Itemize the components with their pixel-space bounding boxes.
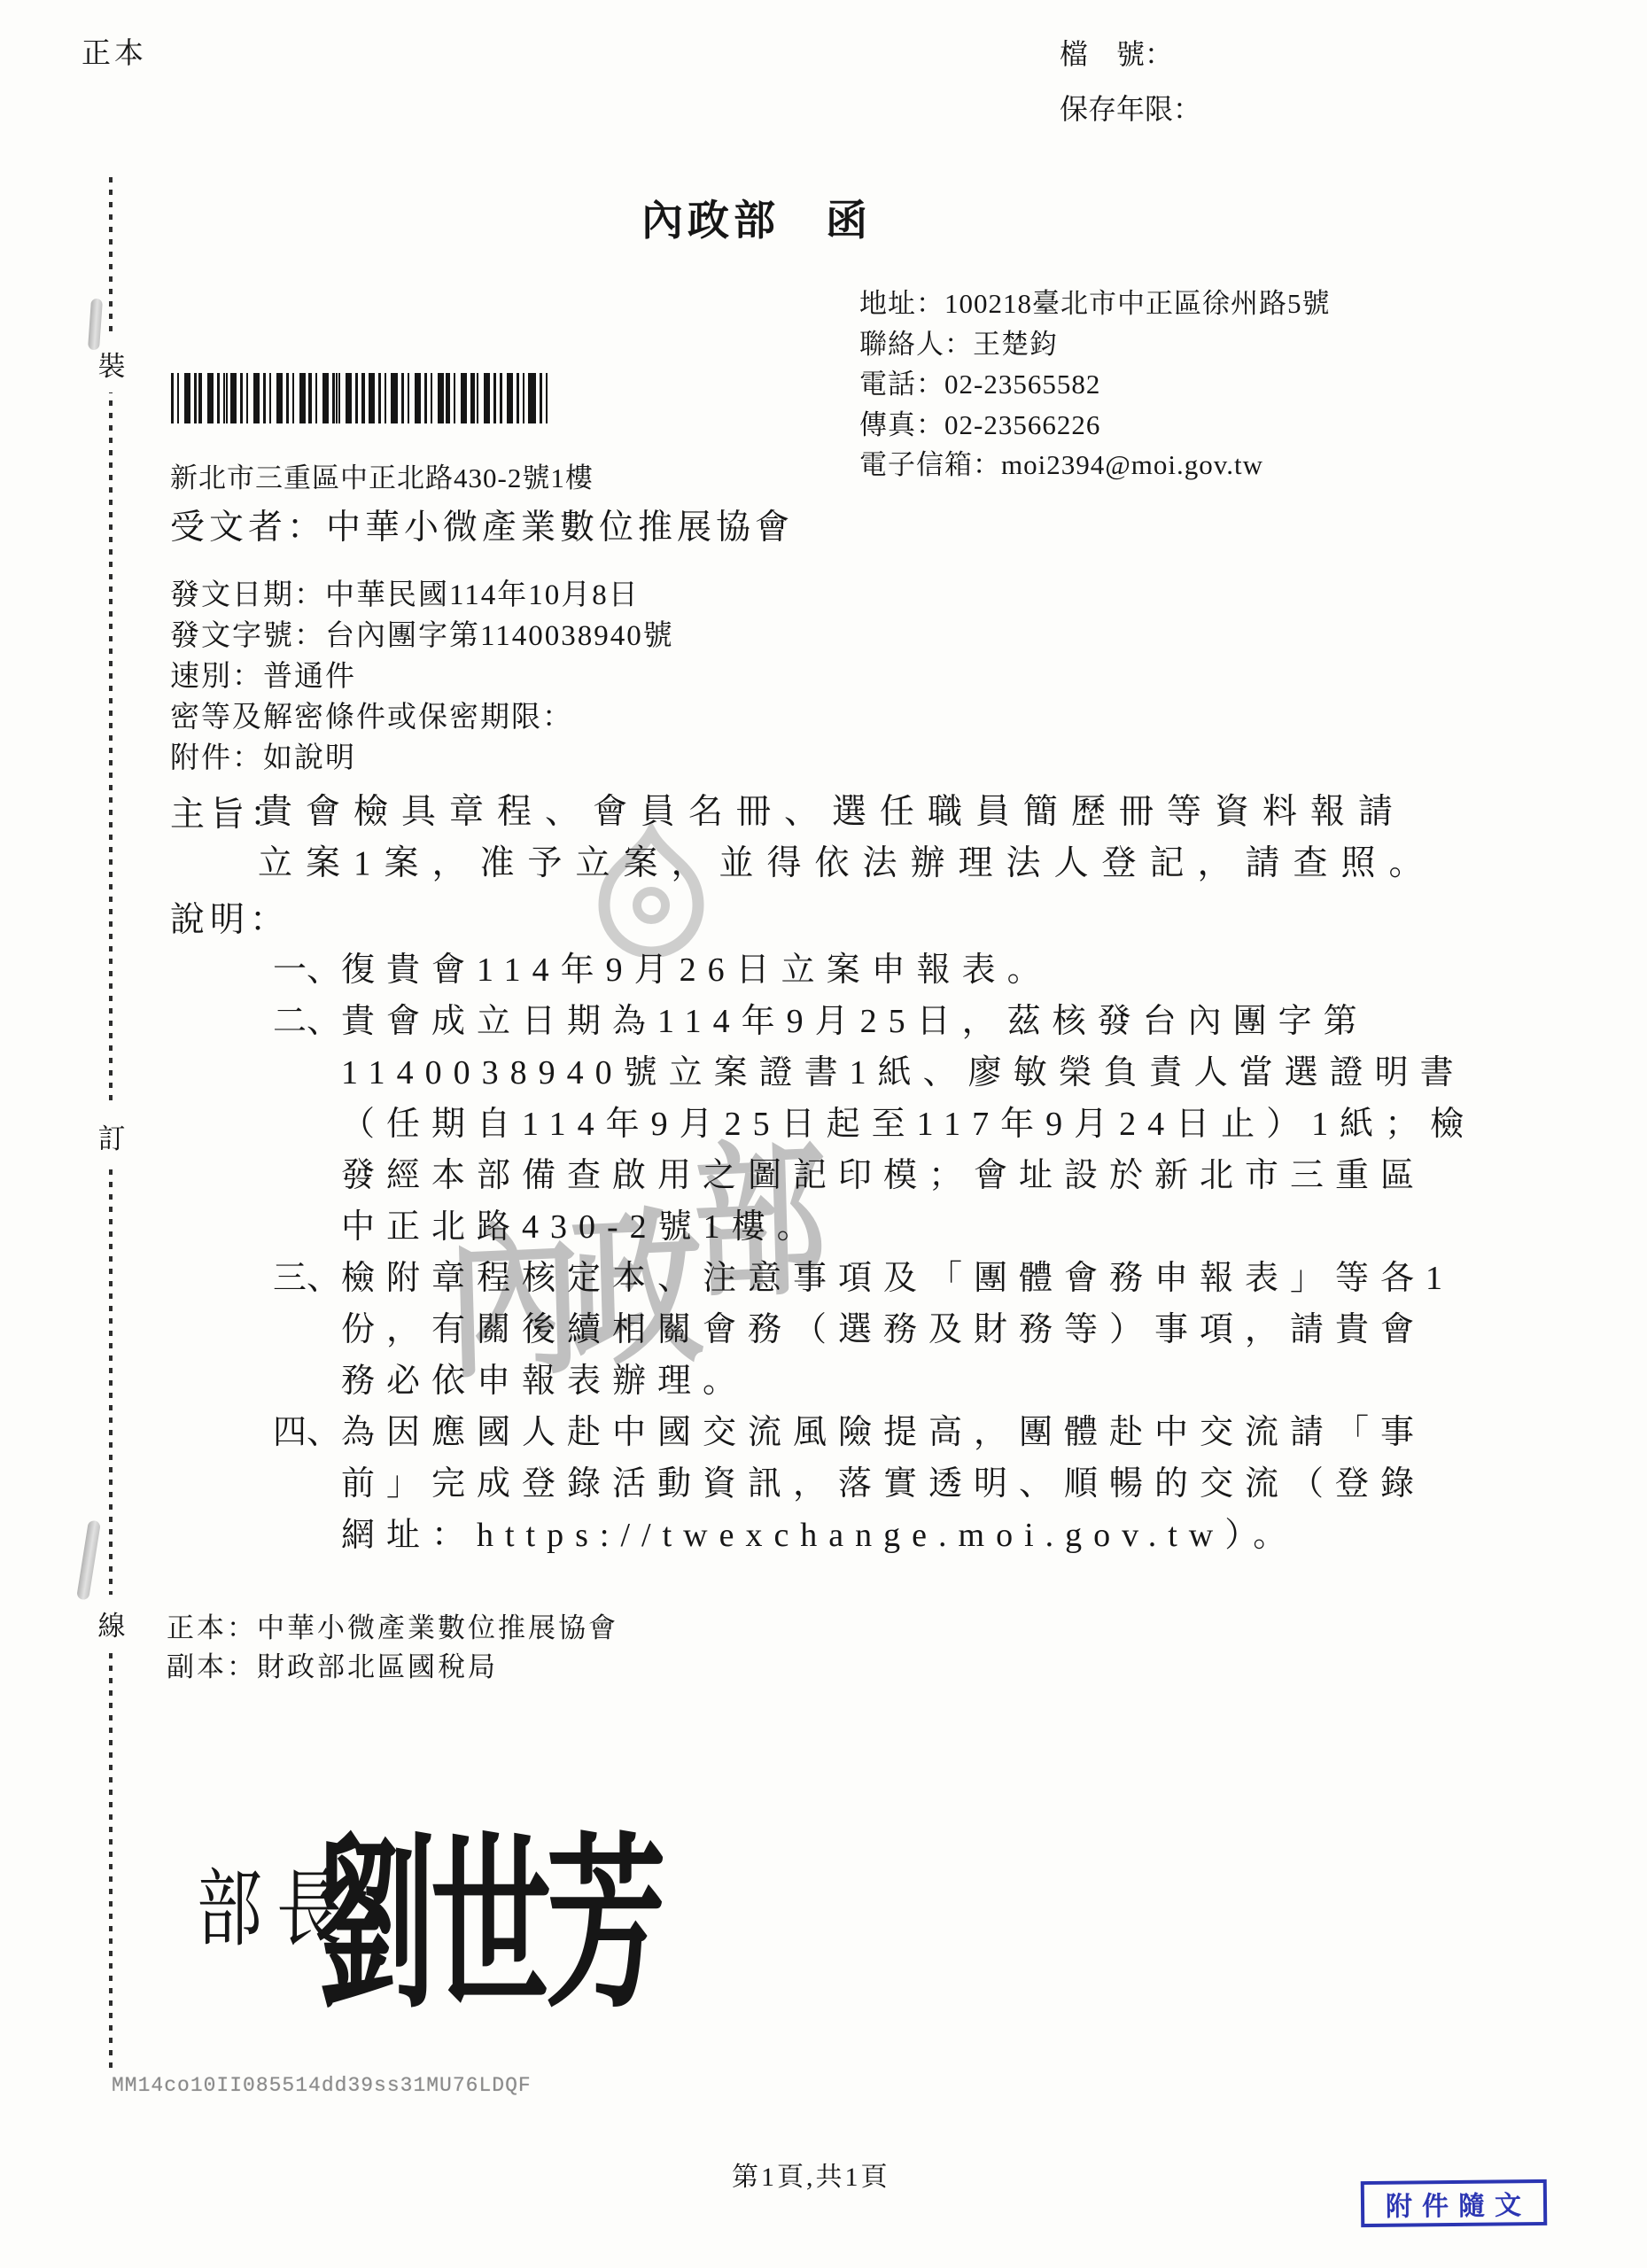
sender-address: 地址：100218臺北市中正區徐州路5號 [859,283,1331,324]
binding-mark-ding: 訂 [92,1107,131,1165]
sender-contact: 聯絡人：王楚鈞 [859,324,1331,365]
document-title: 內政部 函 [641,188,872,247]
sender-info-block: 地址：100218臺北市中正區徐州路5號 聯絡人：王楚鈞 電話：02-23565… [859,283,1331,485]
meta-speed: 速別：普通件 [170,656,674,697]
binding-mark-xian: 線 [92,1595,131,1652]
item-text: 貴會成立日期為114年9月25日，茲核發台內團字第 1140038940號立案證… [341,996,1502,1253]
sender-email: 電子信箱：moi2394@moi.gov.tw [859,445,1331,485]
item-text: 為因應國人赴中國交流風險提高，團體赴中交流請「事 前」完成登錄活動資訊，落實透明… [341,1407,1502,1561]
item-text: 檢附章程核定本、注意事項及「團體會務申報表」等各1 份，有關後續相關會務（選務及… [341,1253,1502,1407]
meta-security: 密等及解密條件或保密期限： [170,697,674,738]
recipient-address: 新北市三重區中正北路430-2號1樓 [170,455,594,495]
item-number: 二、 [273,996,340,1047]
meta-attachment: 附件：如說明 [170,738,674,779]
sender-fax: 傳真：02-23566226 [859,405,1331,446]
item-number: 一、 [273,944,340,996]
explanation-label: 說明： [170,892,290,942]
page-number: 第1頁,共1頁 [732,2155,890,2194]
scanned-official-letter: 內 政 部 裝 訂 線 正本 檔 號： 保存年限： 內政部 函 地址：10021… [0,0,1647,2268]
item-number: 三、 [273,1253,340,1304]
retention-period-label: 保存年限： [1060,87,1201,128]
document-meta-block: 發文日期：中華民國114年10月8日 發文字號：台內團字第1140038940號… [170,575,674,779]
attachment-stamp: 附件隨文 [1361,2179,1548,2227]
document-tracking-code: MM14co10II085514dd39ss31MU76LDQF [112,2074,532,2097]
sender-phone: 電話：02-23565582 [859,364,1331,405]
copy-type-label: 正本 [82,30,147,72]
meta-doc-number: 發文字號：台內團字第1140038940號 [170,616,674,656]
original-to-line: 正本：中華小微產業數位推展協會 [167,1605,618,1645]
barcode [171,373,552,423]
subject-text: 貴會檢具章程、會員名冊、選任職員簡歷冊等資料報請 立案1案，准予立案，並得依法辦… [258,787,1516,889]
item-number: 四、 [273,1407,340,1458]
meta-issue-date: 發文日期：中華民國114年10月8日 [170,575,674,616]
recipient-line: 受文者：中華小微產業數位推展協會 [170,500,794,549]
item-text: 復貴會114年9月26日立案申報表。 [341,944,1502,996]
signature-name: 劉世芳 [315,1774,661,2043]
copy-to-line: 副本：財政部北區國稅局 [167,1644,498,1684]
file-number-label: 檔 號： [1060,32,1173,73]
staple-mark [76,1519,101,1600]
